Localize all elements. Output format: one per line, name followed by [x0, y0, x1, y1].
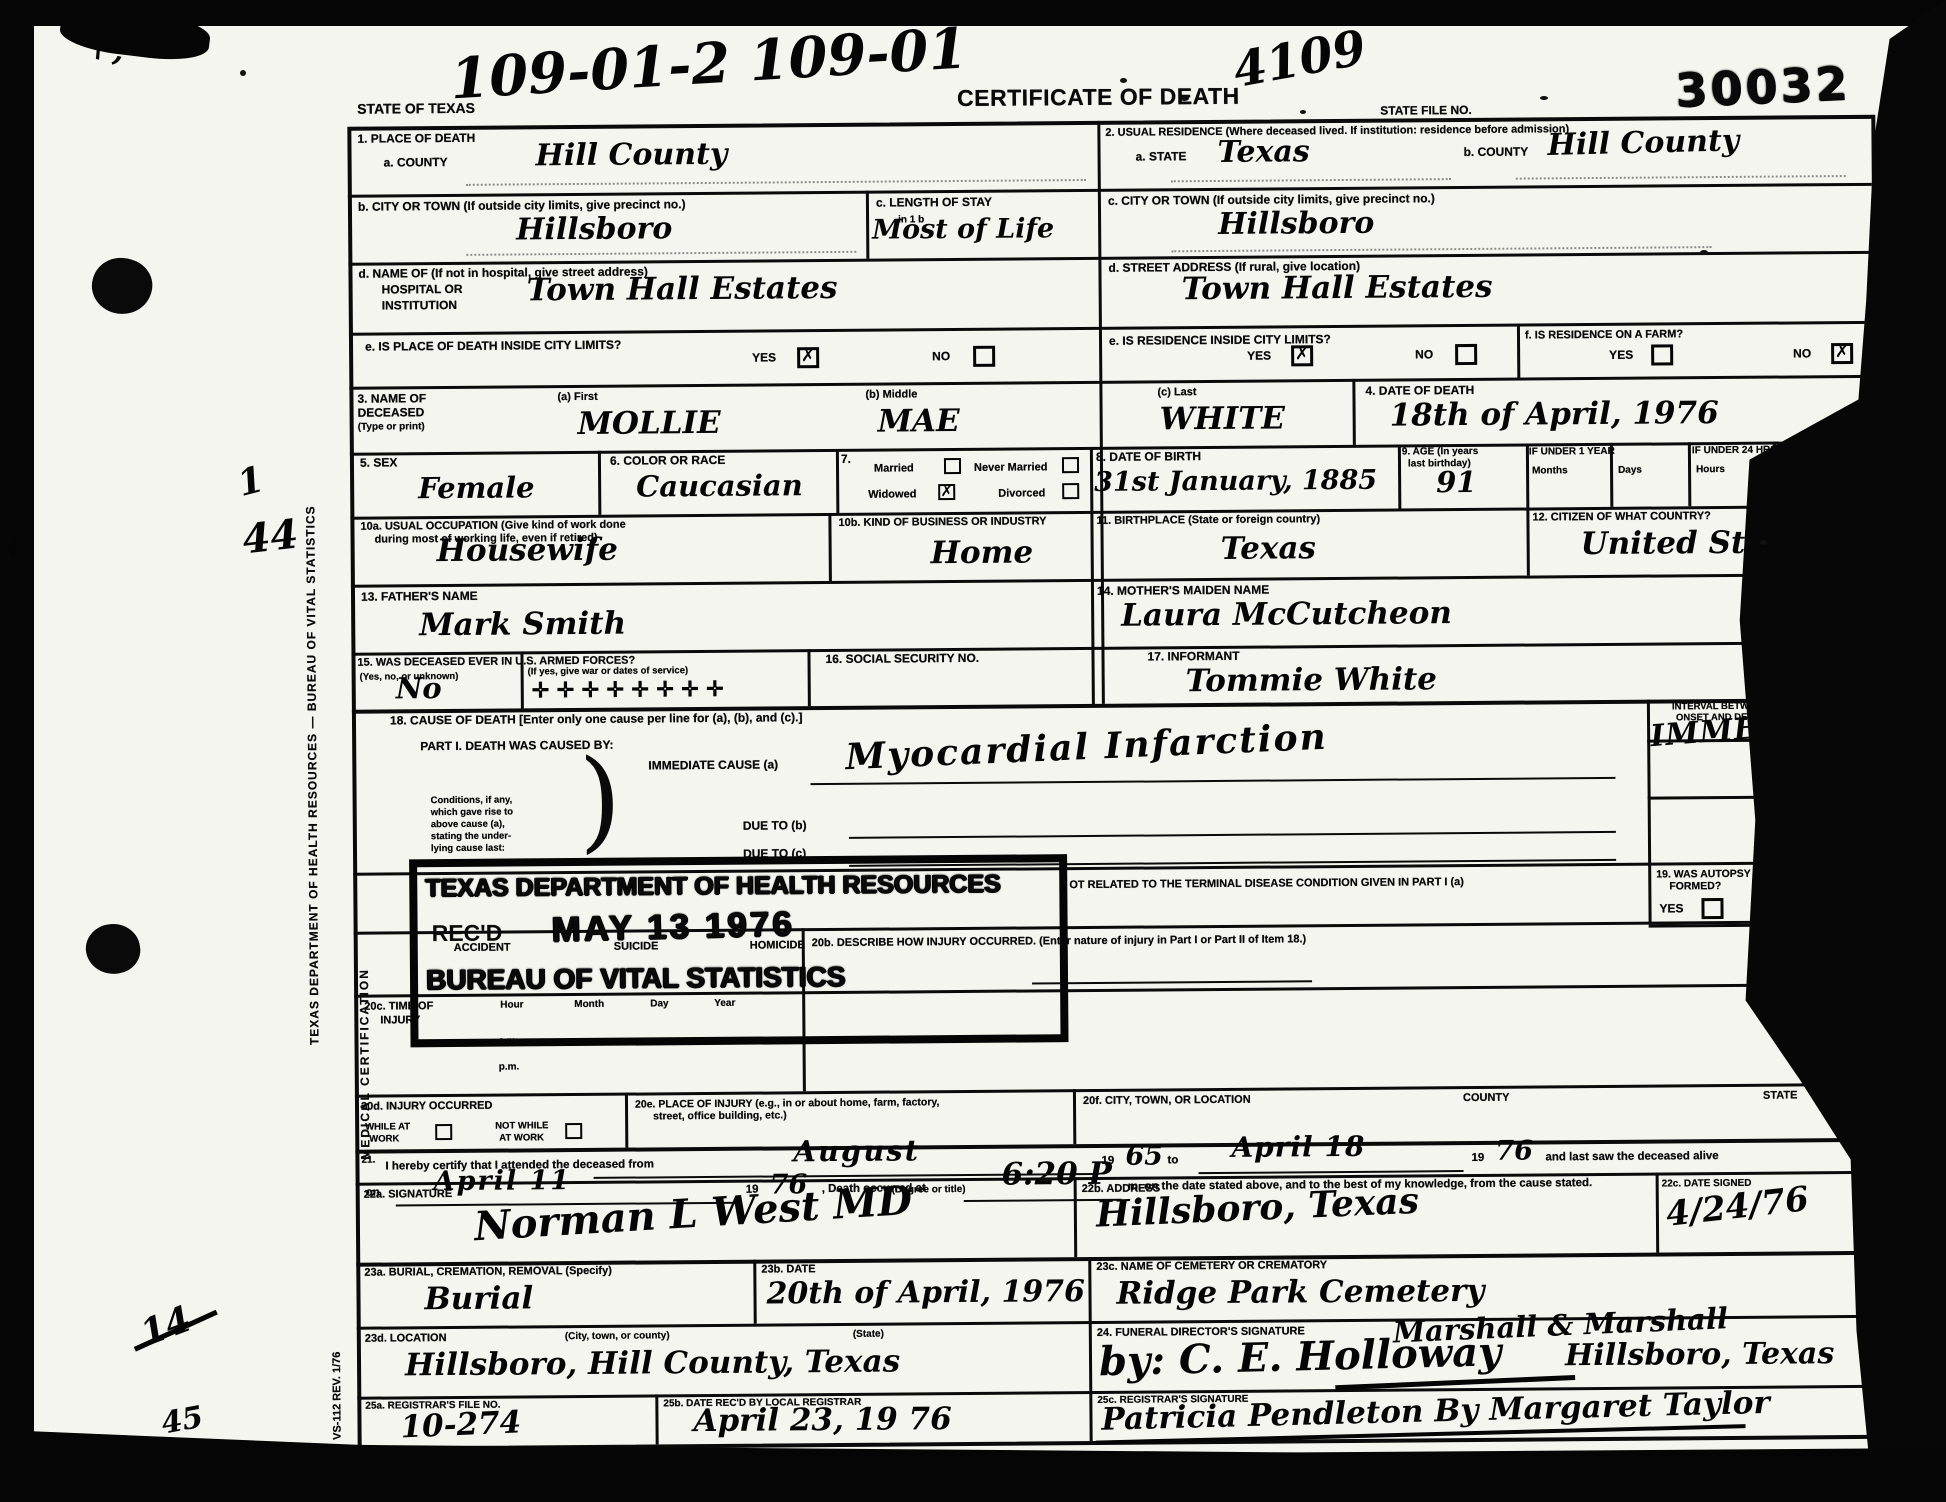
cemetery-label: 23c. NAME OF CEMETERY OR CREMATORY — [1096, 1259, 1327, 1273]
county-value: Hill County — [535, 140, 727, 172]
citizen-value: United States — [1581, 527, 1817, 560]
scanned-death-certificate: { "marks": {"x": "✗"}, "header": { "stat… — [0, 0, 1946, 1502]
margin-note-44: 44 — [240, 514, 300, 560]
death-limits-yes-label: YES — [752, 351, 776, 365]
due-to-b-label: DUE TO (b) — [743, 819, 807, 833]
burial-date-label: 23b. DATE — [761, 1263, 815, 1276]
occupation-value: Housewife — [437, 535, 618, 567]
time-of-injury-label-2: INJURY — [380, 1014, 420, 1027]
while-at-label: WHILE AT — [365, 1122, 410, 1133]
first-name-value: MOLLIE — [578, 408, 721, 440]
farm-yes-checkbox — [1651, 344, 1673, 365]
race-label: 6. COLOR OR RACE — [610, 454, 725, 469]
funeral-director-signature: by: C. E. Holloway — [1099, 1332, 1502, 1382]
residence-city-value: Hillsboro — [1218, 209, 1374, 240]
autopsy-no-label: NO — [1753, 902, 1771, 916]
conditions-note-4: stating the under- — [431, 832, 511, 844]
attended-from-value: August — [793, 1136, 920, 1166]
residence-limits-no-checkbox — [1455, 344, 1477, 365]
informant-value: Tommie White — [1186, 664, 1438, 697]
while-at-work-checkbox — [435, 1124, 452, 1140]
state-file-no-label: STATE FILE NO. — [1380, 104, 1472, 119]
residence-limits-no-label: NO — [1415, 348, 1433, 362]
race-value: Caucasian — [636, 471, 803, 501]
citizen-label: 12. CITIZEN OF WHAT COUNTRY? — [1532, 510, 1711, 524]
autopsy-yes-label: YES — [1659, 902, 1683, 916]
margin-note-plus: + — [0, 529, 27, 563]
burial-date-value: 20th of April, 1976 — [766, 1277, 1085, 1310]
middle-name-label: (b) Middle — [865, 388, 917, 401]
minutes-label: Minutes — [1780, 463, 1818, 475]
scan-speck — [1700, 250, 1708, 255]
city-of-death-value: Hillsboro — [516, 214, 672, 245]
divider — [1517, 324, 1520, 378]
cemetery-value: Ridge Park Cemetery — [1116, 1276, 1484, 1310]
divider — [625, 1093, 628, 1148]
residence-state-value: Texas — [1217, 137, 1309, 168]
place-of-death-label: 1. PLACE OF DEATH — [357, 132, 475, 147]
handwritten-file-codes: 109-01-2 109-01 — [449, 20, 969, 107]
name-of-deceased-label-3: (Type or print) — [358, 421, 425, 433]
divider — [598, 451, 602, 515]
divider — [1688, 442, 1692, 506]
farm-no-checkbox: ✗ — [1831, 343, 1853, 364]
form-number: VS-112 REV. 1/76 — [330, 1240, 344, 1440]
injury-county-label: COUNTY — [1463, 1092, 1510, 1105]
autopsy-label-2: FORMED? — [1669, 880, 1721, 892]
place-of-injury-label-2: street, office building, etc.) — [653, 1109, 787, 1122]
middle-name-value: MAE — [878, 406, 960, 438]
attended-from-year: 65 — [1125, 1142, 1163, 1169]
homicide-label: HOMICIDE — [750, 939, 805, 952]
signature-label: 22a. SIGNATURE — [364, 1188, 453, 1201]
if-under-1-year-label: IF UNDER 1 YEAR — [1529, 446, 1615, 458]
birthplace-label: 11. BIRTHPLACE (State or foreign country… — [1096, 513, 1320, 527]
marital-label: 7. — [841, 453, 851, 467]
accident-label: ACCIDENT — [454, 942, 511, 955]
funeral-director-city: Hillsboro, Texas — [1565, 1339, 1835, 1371]
scan-speck — [240, 70, 246, 76]
scan-speck — [1540, 96, 1548, 100]
registrar-file-no-value: 10-274 — [400, 1407, 522, 1443]
date-of-birth-value: 31st January, 1885 — [1094, 467, 1377, 496]
conditions-note-2: which gave rise to — [431, 808, 513, 820]
hour-label: Hour — [500, 999, 523, 1011]
never-married-checkbox — [1062, 457, 1079, 473]
business-value: Home — [931, 537, 1034, 569]
at-work-label: AT WORK — [499, 1133, 544, 1144]
burial-location-sublabel-1: (City, town, or county) — [565, 1330, 670, 1342]
conditions-note-1: Conditions, if any, — [431, 796, 513, 808]
ssn-label: 16. SOCIAL SECURITY NO. — [825, 652, 979, 667]
certificate-title: CERTIFICATE OF DEATH — [957, 83, 1240, 112]
divider — [1656, 1173, 1660, 1253]
divider — [753, 1260, 757, 1324]
widowed-checkbox: ✗ — [938, 484, 955, 500]
if-under-24-hrs-label: IF UNDER 24 HRS — [1692, 445, 1777, 457]
burial-location-value: Hillsboro, Hill County, Texas — [405, 1346, 900, 1381]
scan-speck — [1120, 78, 1127, 83]
conditions-note-5: lying cause last: — [431, 844, 505, 856]
residence-farm-label: f. IS RESIDENCE ON A FARM? — [1525, 328, 1683, 342]
margin-note-45: 45 — [159, 1403, 205, 1440]
divider — [655, 1394, 658, 1444]
divider — [866, 191, 870, 259]
year-19-2: 19 — [1471, 1152, 1484, 1165]
stamp-department-line: TEXAS DEPARTMENT OF HEALTH RESOURCES — [425, 870, 1001, 904]
margin-note-1: 1 — [234, 461, 267, 502]
date-of-death-value: 18th of April, 1976 — [1390, 398, 1719, 432]
year-label: Year — [714, 998, 735, 1010]
divorced-label: Divorced — [998, 487, 1045, 500]
burial-value: Burial — [424, 1283, 533, 1315]
date-received-value: April 23, 19 76 — [693, 1404, 951, 1437]
mother-name-value: Laura McCutcheon — [1121, 598, 1452, 632]
age-label-1: 9. AGE (In years — [1402, 446, 1478, 458]
handwritten-cert-number: 4109 — [1230, 24, 1370, 95]
scan-speck — [1180, 96, 1189, 101]
divider — [1073, 1089, 1076, 1144]
scan-speck — [1760, 540, 1767, 545]
certificate-content: STATE OF TEXAS 109-01-2 109-01 CERTIFICA… — [0, 0, 1946, 1502]
divider — [836, 449, 840, 513]
scan-edge-top — [0, 0, 1946, 26]
death-limits-yes-checkbox: ✗ — [797, 347, 819, 368]
street-address-value: Town Hall Estates — [1182, 272, 1493, 305]
armed-forces-marks: ✛ ✛ ✛ ✛ ✛ ✛ ✛ ✛ — [532, 678, 724, 701]
hours-label: Hours — [1696, 464, 1725, 476]
residence-county-value: Hill County — [1547, 126, 1739, 161]
business-label: 10b. KIND OF BUSINESS OR INDUSTRY — [838, 515, 1046, 529]
item-21-number: 21. — [361, 1155, 375, 1167]
day-label: Day — [650, 998, 668, 1010]
suicide-label: SUICIDE — [614, 940, 659, 953]
first-name-label: (a) First — [557, 391, 597, 404]
attended-to-year: 76 — [1495, 1138, 1533, 1165]
residence-state-label: a. STATE — [1136, 150, 1187, 164]
month-label: Month — [574, 999, 604, 1011]
length-of-stay-label: c. LENGTH OF STAY — [876, 196, 992, 211]
injury-occurred-label: 20d. INJURY OCCURRED — [361, 1100, 493, 1114]
stamped-state-file-number: 30032 — [1674, 56, 1851, 117]
not-while-label: NOT WHILE — [495, 1121, 548, 1132]
residence-county-label: b. COUNTY — [1464, 146, 1529, 160]
length-of-stay-value: Most of Life — [872, 215, 1054, 243]
months-label: Months — [1532, 465, 1568, 477]
injury-city-label: 20f. CITY, TOWN, OR LOCATION — [1083, 1094, 1251, 1108]
death-limits-no-label: NO — [932, 350, 950, 364]
divider — [1352, 379, 1356, 445]
immediate-cause-label: IMMEDIATE CAUSE (a) — [648, 758, 778, 773]
institution-value: Town Hall Estates — [526, 273, 837, 306]
am-label: a.m. — [498, 1035, 518, 1047]
last-seen-value: April 11 — [434, 1167, 572, 1195]
widowed-label: Widowed — [868, 488, 916, 501]
stamp-bureau-line: BUREAU OF VITAL STATISTICS — [426, 961, 846, 996]
last-name-label: (c) Last — [1157, 386, 1196, 399]
days-label: Days — [1618, 465, 1642, 477]
institution-label-3: INSTITUTION — [382, 299, 457, 313]
birthplace-value: Texas — [1221, 533, 1317, 565]
married-checkbox — [944, 458, 961, 474]
institution-label-2: HOSPITAL OR — [382, 283, 463, 297]
burial-location-sublabel-2: (State) — [853, 1329, 884, 1341]
autopsy-label-1: 19. WAS AUTOPSY PER- — [1656, 868, 1778, 881]
scan-speck — [1300, 110, 1306, 114]
married-label: Married — [874, 462, 914, 475]
name-of-deceased-label-2: DECEASED — [358, 406, 425, 420]
divorced-checkbox — [1062, 483, 1079, 499]
place-of-injury-label-1: 20e. PLACE OF INJURY (e.g., in or about … — [635, 1096, 939, 1110]
autopsy-yes-checkbox — [1701, 898, 1723, 919]
never-married-label: Never Married — [974, 461, 1047, 474]
brace-mark: ) — [578, 745, 622, 855]
divider — [1398, 445, 1402, 509]
date-of-birth-label: 8. DATE OF BIRTH — [1096, 450, 1201, 465]
department-side-text: TEXAS DEPARTMENT OF HEALTH RESOURCES — B… — [302, 185, 323, 1045]
death-city-limits-label: e. IS PLACE OF DEATH INSIDE CITY LIMITS? — [365, 339, 621, 355]
county-label: a. COUNTY — [384, 156, 448, 170]
death-limits-no-checkbox — [973, 346, 995, 367]
divider — [828, 513, 832, 581]
conditions-note-3: above cause (a), — [431, 820, 505, 832]
farm-yes-label: YES — [1609, 349, 1633, 363]
father-name-label: 13. FATHER'S NAME — [361, 590, 478, 605]
sex-label: 5. SEX — [360, 456, 397, 470]
residence-limits-yes-label: YES — [1247, 350, 1271, 364]
to-text: to — [1167, 1154, 1178, 1167]
not-while-at-work-checkbox — [565, 1123, 582, 1139]
divider — [807, 649, 810, 706]
burial-location-label: 23d. LOCATION — [365, 1332, 447, 1345]
time-of-injury-label-1: 20c. TIME OF — [364, 1000, 433, 1013]
last-name-value: WHITE — [1160, 403, 1286, 435]
father-name-value: Mark Smith — [419, 609, 626, 642]
injury-state-label: STATE — [1763, 1089, 1798, 1102]
certify-text-3: and last saw the deceased alive — [1545, 1150, 1718, 1165]
age-value: 91 — [1436, 468, 1477, 497]
work-label: WORK — [369, 1134, 399, 1145]
residence-limits-yes-checkbox: ✗ — [1291, 345, 1313, 366]
attended-to-value: April 18 — [1231, 1133, 1365, 1162]
degree-or-title-label: (Degree or title) — [892, 1184, 966, 1196]
pm-label: p.m. — [499, 1061, 520, 1073]
burial-label: 23a. BURIAL, CREMATION, REMOVAL (Specify… — [364, 1265, 612, 1280]
armed-forces-value: No — [396, 674, 442, 703]
sex-value: Female — [418, 473, 535, 503]
farm-no-label: NO — [1793, 347, 1811, 361]
